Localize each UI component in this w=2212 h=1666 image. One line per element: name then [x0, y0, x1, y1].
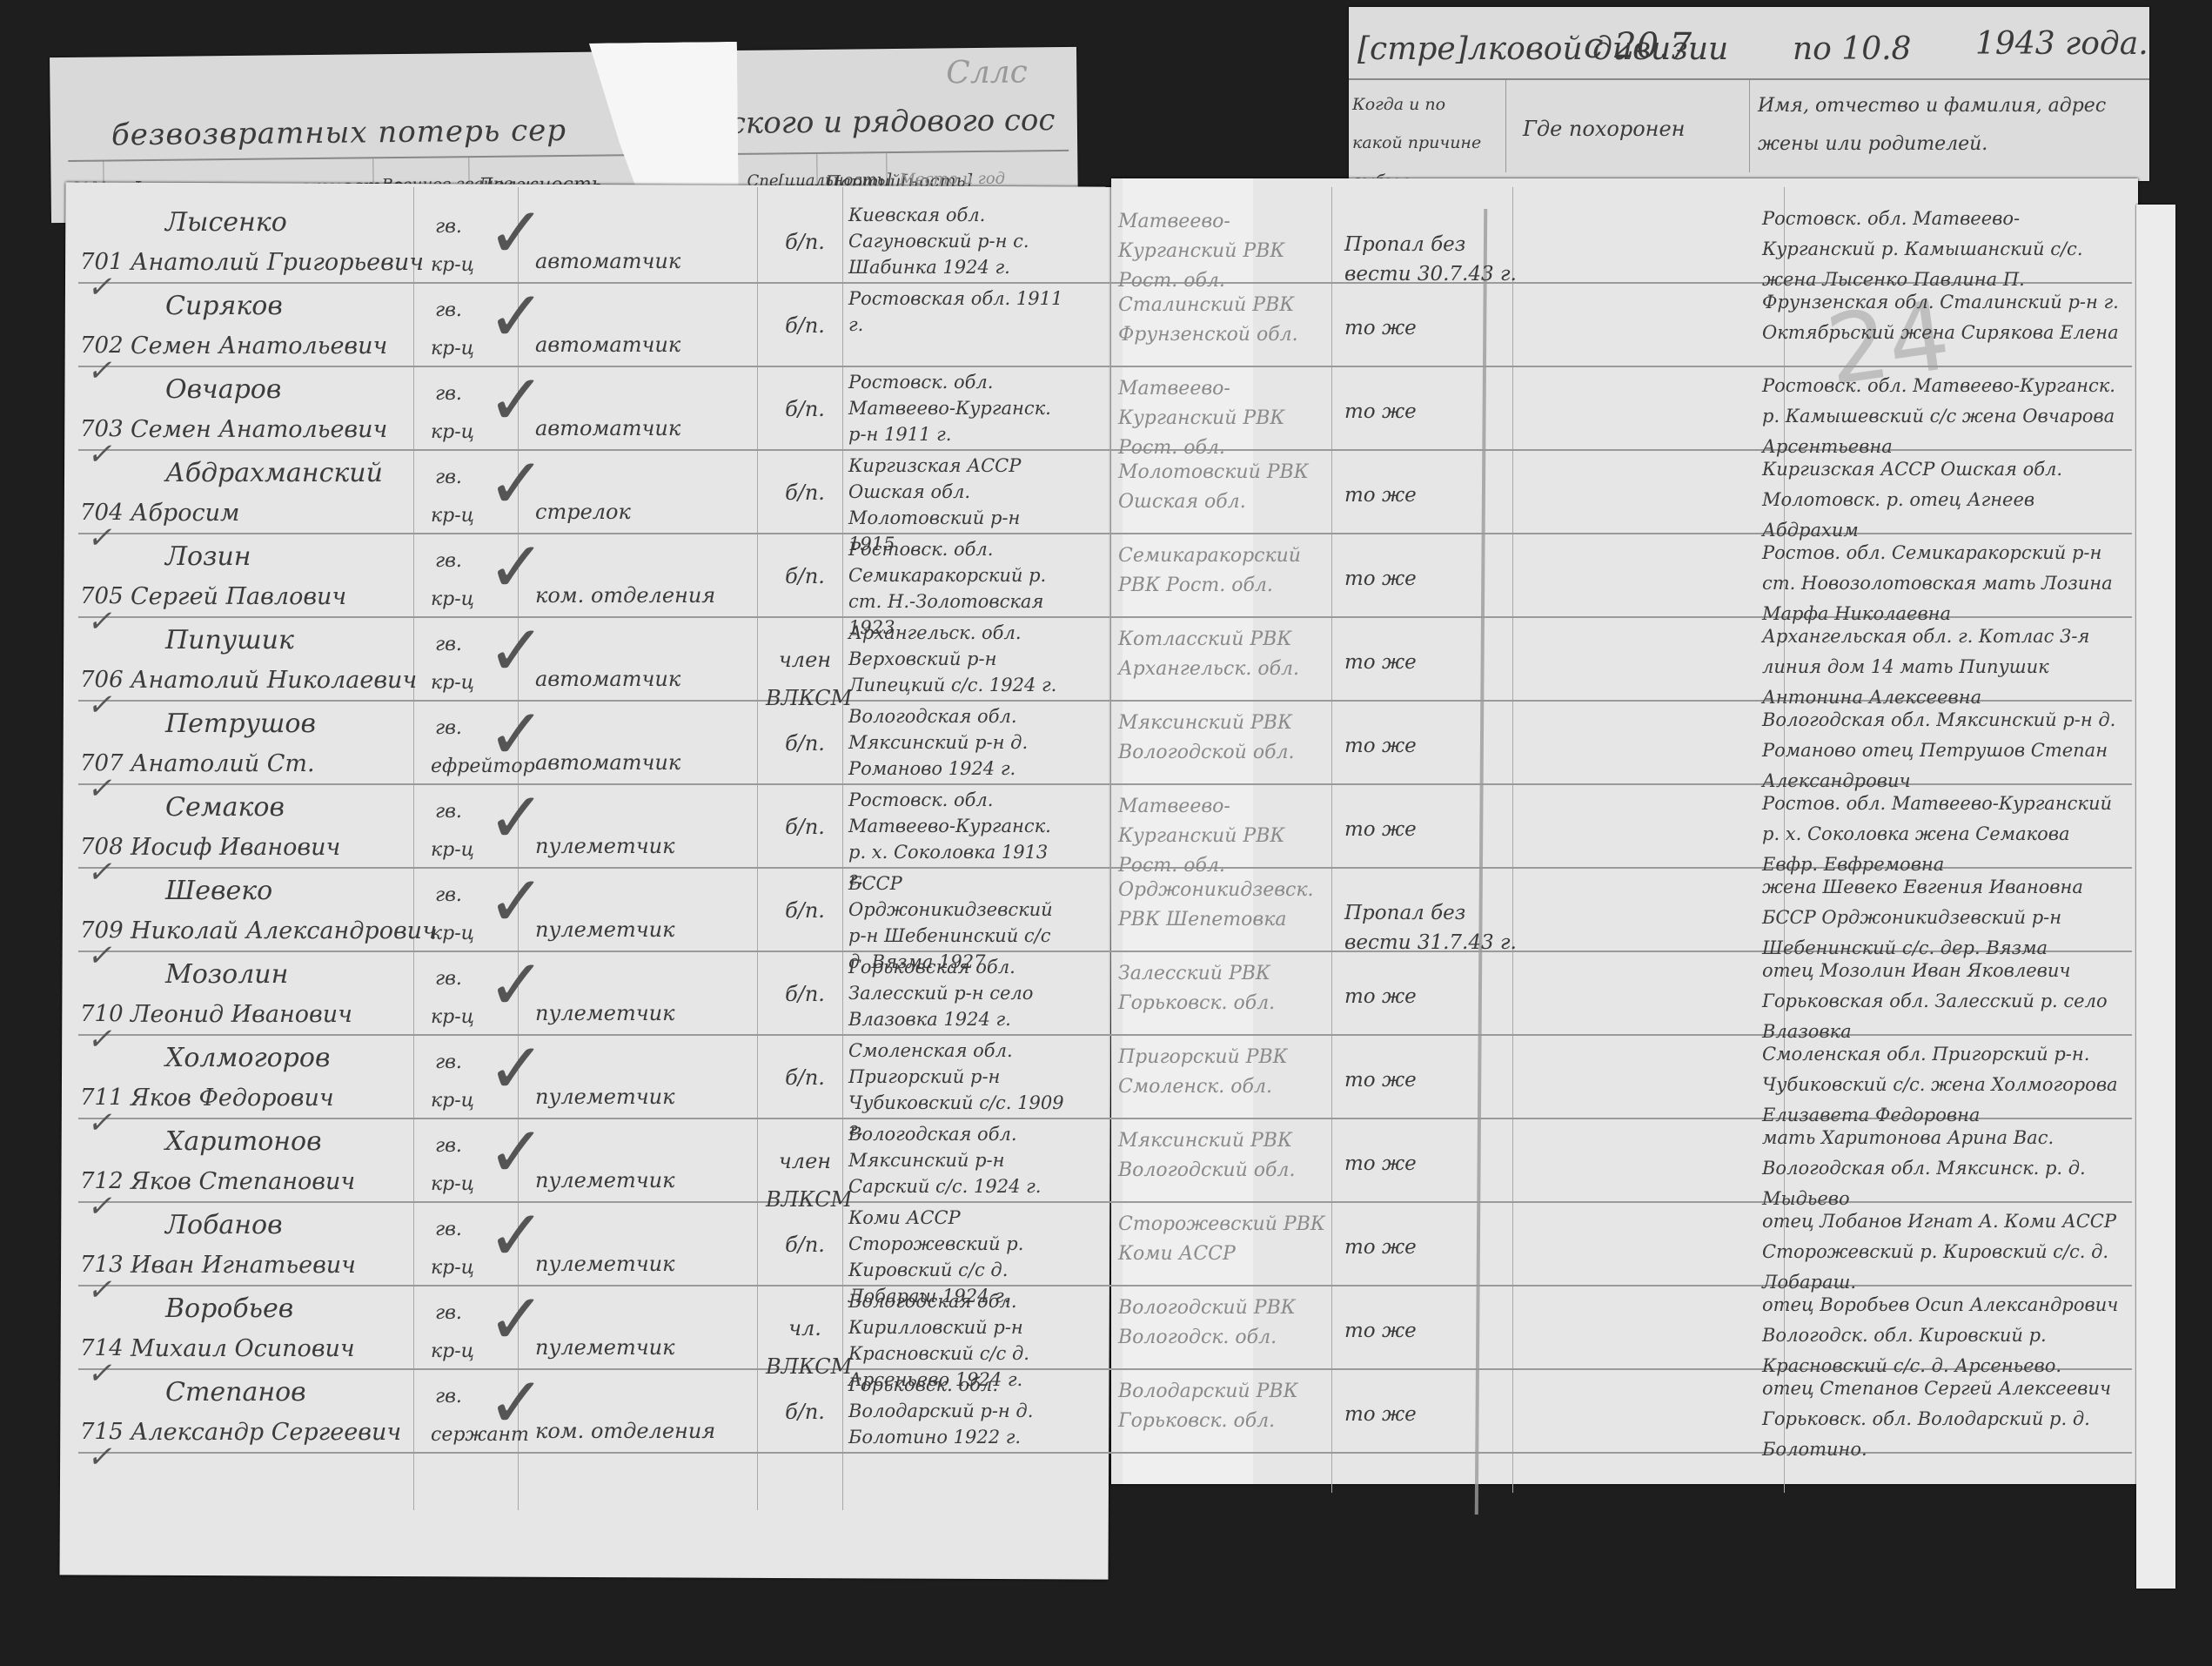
date-reason-of-loss: то же: [1344, 564, 1518, 594]
party-membership: б/п.: [766, 223, 844, 261]
date-reason-of-loss: Пропал без вести 31.7.43 г.: [1344, 898, 1518, 957]
register-title-part1: безвозвратных потерь сер: [111, 113, 566, 152]
surname: Пипушик: [165, 625, 294, 655]
rank-guards: гв.: [435, 968, 462, 990]
date-reason-of-loss: то же: [1344, 1316, 1518, 1346]
date-reason-of-loss: то же: [1344, 1149, 1518, 1179]
given-name-patronymic: Иосиф Иванович: [131, 834, 340, 861]
rank-guards: гв.: [435, 1302, 462, 1324]
draft-office: Семикаракорский РВК Рост. обл.: [1118, 541, 1336, 601]
given-name-patronymic: Николай Александрович: [131, 917, 437, 944]
rank-guards: гв.: [435, 216, 462, 238]
birthplace-year: Вологодская обл. Мяксинский р-н Сарский …: [848, 1121, 1066, 1199]
rank-guards: гв.: [435, 299, 462, 321]
party-membership: б/п.: [766, 724, 844, 762]
draft-office: Мяксинский РВК Вологодский обл.: [1118, 1126, 1336, 1186]
date-reason-of-loss: то же: [1344, 1233, 1518, 1262]
rank-guards: гв.: [435, 1386, 462, 1407]
date-reason-of-loss: то же: [1344, 1065, 1518, 1095]
date-reason-of-loss: то же: [1344, 982, 1518, 1011]
header-divider: [1505, 80, 1506, 172]
party-membership: б/п.: [766, 390, 844, 428]
given-name-patronymic: Семен Анатольевич: [131, 333, 387, 359]
given-name-patronymic: Яков Степанович: [131, 1168, 355, 1195]
military-rank: кр-ц: [431, 839, 474, 861]
surname: Воробьев: [165, 1293, 293, 1324]
table-row: 706 ✓ Пипушик Анатолий Николаевич гв. кр…: [0, 618, 2212, 702]
surname: Степанов: [165, 1377, 306, 1407]
position: пулеметчик: [535, 834, 674, 858]
next-of-kin-address: Архангельская обл. г. Котлас 3-я линия д…: [1762, 621, 2119, 713]
date-reason-of-loss: то же: [1344, 731, 1518, 761]
surname: Овчаров: [165, 374, 281, 405]
header-divider: [1749, 80, 1750, 172]
party-membership: б/п.: [766, 474, 844, 512]
draft-office: Матвеево-Курганский РВК Рост. обл.: [1118, 207, 1336, 296]
position: автоматчик: [535, 416, 680, 440]
given-name-patronymic: Анатолий Григорьевич: [131, 249, 424, 276]
next-of-kin-address: Смоленская обл. Пригорский р-н. Чубиковс…: [1762, 1039, 2119, 1131]
next-of-kin-address: отец Степанов Сергей Алексеевич Горьковс…: [1762, 1374, 2119, 1465]
table-row: 710 ✓ Мозолин Леонид Иванович гв. кр-ц ✓…: [0, 952, 2212, 1036]
table-row: 714 ✓ Воробьев Михаил Осипович гв. кр-ц …: [0, 1286, 2212, 1370]
position: автоматчик: [535, 249, 680, 273]
position: стрелок: [535, 500, 631, 524]
rank-guards: гв.: [435, 801, 462, 823]
given-name-patronymic: Иван Игнатьевич: [131, 1252, 356, 1279]
surname: Шевеко: [165, 876, 272, 906]
given-name-patronymic: Яков Федорович: [131, 1085, 334, 1112]
given-name-patronymic: Абросим: [131, 500, 239, 527]
military-rank: кр-ц: [431, 923, 474, 944]
position: автоматчик: [535, 750, 680, 775]
position: пулеметчик: [535, 1252, 674, 1276]
party-membership: б/п.: [766, 306, 844, 345]
surname: Петрушов: [165, 709, 316, 739]
date-reason-of-loss: то же: [1344, 313, 1518, 343]
birthplace-year: Горьковская обл. Залесский р-н село Влаз…: [848, 954, 1066, 1032]
next-of-kin-address: отец Воробьев Осип Александрович Вологод…: [1762, 1290, 2119, 1381]
military-rank: кр-ц: [431, 588, 474, 610]
surname: Холмогоров: [165, 1043, 330, 1073]
rank-guards: гв.: [435, 1219, 462, 1240]
position: автоматчик: [535, 333, 680, 357]
position: пулеметчик: [535, 1001, 674, 1025]
table-row: 707 ✓ Петрушов Анатолий Ст. гв. ефрейтор…: [0, 702, 2212, 785]
military-rank: кр-ц: [431, 1340, 474, 1362]
rank-guards: гв.: [435, 634, 462, 655]
table-row: 702 ✓ Сиряков Семен Анатольевич гв. кр-ц…: [0, 284, 2212, 367]
draft-office: Сталинский РВК Фрунзенской обл.: [1118, 291, 1336, 350]
rank-guards: гв.: [435, 467, 462, 488]
position: автоматчик: [535, 667, 680, 691]
surname: Лобанов: [165, 1210, 283, 1240]
position: пулеметчик: [535, 1085, 674, 1109]
period-from: с 20.7: [1584, 26, 1692, 66]
birthplace-year: Киевская обл. Сагуновский р-н с. Шабинка…: [848, 202, 1066, 280]
given-name-patronymic: Александр Сергеевич: [131, 1419, 401, 1446]
position: ком. отделения: [535, 583, 715, 608]
margin-checkmark-icon: ✓: [87, 1440, 112, 1475]
draft-office: Пригорский РВК Смоленск. обл.: [1118, 1043, 1336, 1102]
rank-guards: гв.: [435, 884, 462, 906]
table-row: 711 ✓ Холмогоров Яков Федорович гв. кр-ц…: [0, 1036, 2212, 1119]
party-membership: б/п.: [766, 1058, 844, 1097]
date-reason-of-loss: то же: [1344, 648, 1518, 677]
military-rank: кр-ц: [431, 1173, 474, 1195]
date-reason-of-loss: то же: [1344, 480, 1518, 510]
table-row: 708 ✓ Семаков Иосиф Иванович гв. кр-ц ✓ …: [0, 785, 2212, 869]
table-row: 715 ✓ Степанов Александр Сергеевич гв. с…: [0, 1370, 2212, 1454]
next-of-kin-address: Фрунзенская обл. Сталинский р-н г. Октяб…: [1762, 287, 2119, 348]
date-reason-of-loss: Пропал без вести 30.7.43 г.: [1344, 230, 1518, 289]
surname: Семаков: [165, 792, 285, 823]
column-header-burial: Где похоронен: [1523, 110, 1685, 148]
table-row: 709 ✓ Шевеко Николай Александрович гв. к…: [0, 869, 2212, 952]
position: пулеметчик: [535, 917, 674, 942]
position: ком. отделения: [535, 1419, 715, 1443]
military-rank: кр-ц: [431, 338, 474, 359]
draft-office: Мяксинский РВК Вологодской обл.: [1118, 709, 1336, 768]
period-to: по 10.8: [1793, 31, 1911, 67]
next-of-kin-address: Киргизская АССР Ошская обл. Молотовск. р…: [1762, 454, 2119, 546]
draft-office: Сторожевский РВК Коми АССР: [1118, 1210, 1336, 1269]
party-membership: б/п.: [766, 557, 844, 595]
position: пулеметчик: [535, 1335, 674, 1360]
next-of-kin-address: Ростовск. обл. Матвеево-Курганск. р. Кам…: [1762, 371, 2119, 462]
birthplace-year: Ростовская обл. 1911 г.: [848, 286, 1066, 338]
rank-guards: гв.: [435, 1135, 462, 1157]
draft-office: Котласский РВК Архангельск. обл.: [1118, 625, 1336, 684]
military-rank: кр-ц: [431, 1090, 474, 1112]
next-of-kin-address: отец Мозолин Иван Яковлевич Горьковская …: [1762, 956, 2119, 1047]
table-row: 712 ✓ Харитонов Яков Степанович гв. кр-ц…: [0, 1119, 2212, 1203]
next-of-kin-address: Ростовск. обл. Матвеево-Курганский р. Ка…: [1762, 204, 2119, 295]
next-of-kin-address: отец Лобанов Игнат А. Коми АССР Сторожев…: [1762, 1206, 2119, 1298]
military-rank: кр-ц: [431, 672, 474, 694]
military-rank: кр-ц: [431, 505, 474, 527]
surname: Мозолин: [165, 959, 288, 990]
table-row: 705 ✓ Лозин Сергей Павлович гв. кр-ц ✓ к…: [0, 534, 2212, 618]
surname: Сиряков: [165, 291, 283, 321]
table-row: 701 ✓ Лысенко Анатолий Григорьевич гв. к…: [0, 200, 2212, 284]
draft-office: Володарский РВК Горьковск. обл.: [1118, 1377, 1336, 1436]
given-name-patronymic: Сергей Павлович: [131, 583, 346, 610]
next-of-kin-address: мать Харитонова Арина Вас. Вологодская о…: [1762, 1123, 2119, 1214]
party-membership: б/п.: [766, 1393, 844, 1431]
given-name-patronymic: Анатолий Николаевич: [131, 667, 417, 694]
birthplace-year: Ростовск. обл. Матвеево-Курганск. р-н 19…: [848, 369, 1066, 447]
surname: Лысенко: [165, 207, 287, 238]
next-of-kin-address: жена Шевеко Евгения Ивановна БССР Орджон…: [1762, 872, 2119, 964]
draft-office: Орджоникидзевск. РВК Шепетовка: [1118, 876, 1336, 935]
next-of-kin-address: Ростов. обл. Семикаракорский р-н ст. Нов…: [1762, 538, 2119, 629]
next-of-kin-address: Вологодская обл. Мяксинский р-н д. Роман…: [1762, 705, 2119, 796]
date-reason-of-loss: то же: [1344, 1400, 1518, 1429]
position: пулеметчик: [535, 1168, 674, 1192]
table-row: 703 ✓ Овчаров Семен Анатольевич гв. кр-ц…: [0, 367, 2212, 451]
military-rank: кр-ц: [431, 1006, 474, 1028]
date-reason-of-loss: то же: [1344, 397, 1518, 427]
surname: Абдрахманский: [165, 458, 383, 488]
next-of-kin-address: Ростов. обл. Матвеево-Курганский р. х. С…: [1762, 789, 2119, 880]
given-name-patronymic: Леонид Иванович: [131, 1001, 352, 1028]
birthplace-year: Архангельск. обл. Верховский р-н Липецки…: [848, 620, 1066, 698]
rank-guards: гв.: [435, 383, 462, 405]
draft-office: Матвеево-Курганский РВК Рост. обл.: [1118, 792, 1336, 881]
party-membership: б/п.: [766, 975, 844, 1013]
given-name-patronymic: Анатолий Ст.: [131, 750, 315, 777]
surname: Харитонов: [165, 1126, 322, 1157]
surname: Лозин: [165, 541, 251, 572]
draft-office: Залесский РВК Горьковск. обл.: [1118, 959, 1336, 1018]
birthplace-year: Вологодская обл. Мяксинский р-н д. Роман…: [848, 703, 1066, 782]
birthplace-year: Горьковск. обл. Володарский р-н д. Болот…: [848, 1372, 1066, 1450]
military-rank: кр-ц: [431, 1257, 474, 1279]
table-row: 713 ✓ Лобанов Иван Игнатьевич гв. кр-ц ✓…: [0, 1203, 2212, 1286]
military-rank: кр-ц: [431, 421, 474, 443]
draft-office: Молотовский РВК Ошская обл.: [1118, 458, 1336, 517]
table-row: 704 ✓ Абдрахманский Абросим гв. кр-ц ✓ с…: [0, 451, 2212, 534]
rank-guards: гв.: [435, 550, 462, 572]
party-membership: б/п.: [766, 808, 844, 846]
header-sheet-right: [стре]лковой дивизии с 20.7 по 10.8 1943…: [1349, 7, 2149, 181]
given-name-patronymic: Михаил Осипович: [131, 1335, 355, 1362]
rank-guards: гв.: [435, 717, 462, 739]
rank-guards: гв.: [435, 1051, 462, 1073]
period-year: 1943 года.: [1975, 26, 2148, 62]
corner-annotation: Сллс: [946, 54, 1028, 91]
register-title-part2: ского и рядового сос: [729, 103, 1056, 141]
military-rank: кр-ц: [431, 254, 474, 276]
party-membership: б/п.: [766, 891, 844, 930]
date-reason-of-loss: то же: [1344, 815, 1518, 844]
draft-office: Матвеево-Курганский РВК Рост. обл.: [1118, 374, 1336, 463]
party-membership: б/п.: [766, 1226, 844, 1264]
given-name-patronymic: Семен Анатольевич: [131, 416, 387, 443]
column-header-kin: Имя, отчество и фамилия, адрес жены или …: [1758, 87, 2141, 164]
draft-office: Вологодский РВК Вологодск. обл.: [1118, 1293, 1336, 1353]
